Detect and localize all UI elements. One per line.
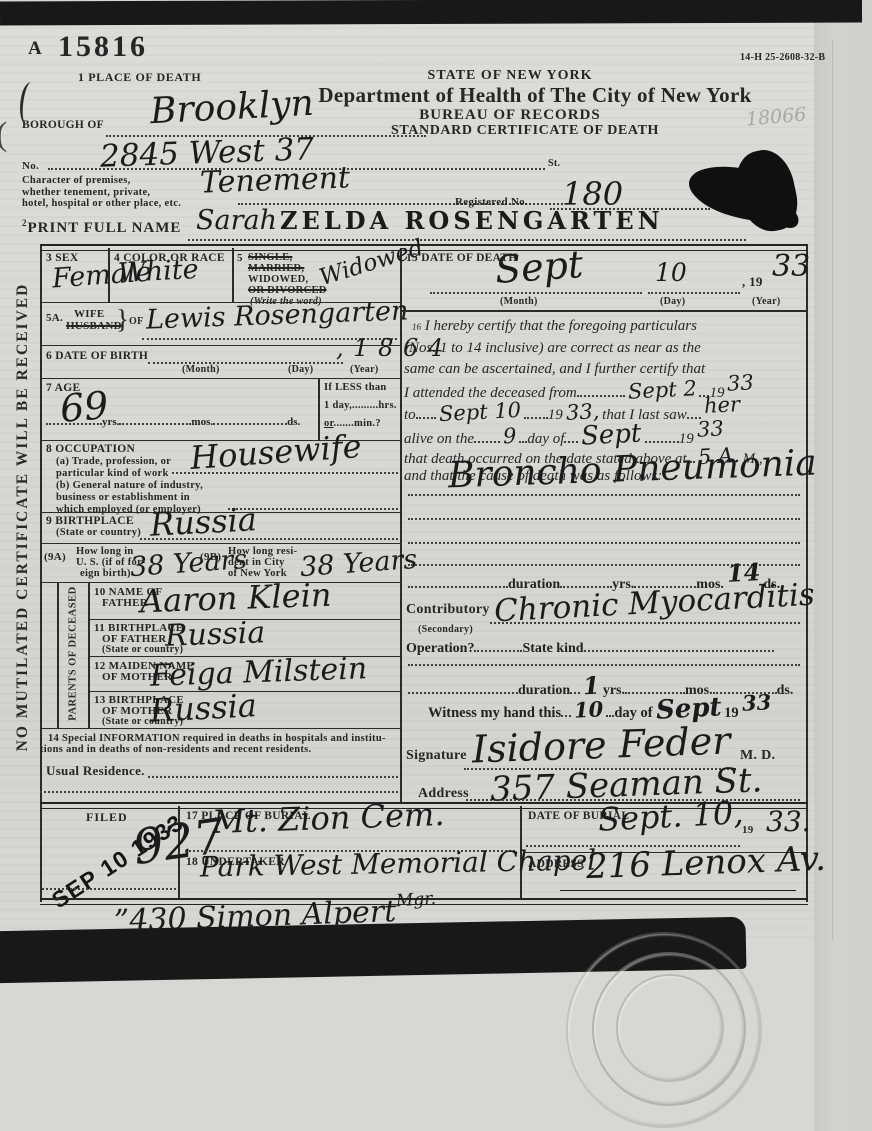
no-mutilated-note: NO MUTILATED CERTIFICATE WILL BE RECEIVE… (14, 246, 32, 788)
signature-value: Isidore Feder (471, 722, 731, 769)
spouse-husband-label: HUSBAND (66, 320, 122, 332)
date-of-burial-value: Sept. 10, (597, 796, 744, 836)
department-heading: Department of Health of The City of New … (292, 83, 778, 108)
age-mos-label: mos. (191, 416, 213, 428)
filed-label: FILED (86, 810, 128, 825)
street-no-label: No. (22, 160, 39, 172)
how-long-nyc-number: (9B) (200, 551, 221, 563)
undertaker-address-label: ADDRESS (528, 858, 584, 870)
occupation-a-label-1: (a) Trade, profession, or (56, 456, 171, 467)
spouse-wife-label: WIFE (74, 308, 105, 320)
full-name-first: Sarah (196, 207, 277, 234)
special-info-line1: 14 Special INFORMATION required in death… (48, 733, 386, 744)
dod-day-sublabel: (Day) (660, 296, 685, 307)
certify-line-4: I attended the deceased from Sept 2 19 3… (404, 382, 804, 402)
certificate-number: 15816 (58, 30, 148, 64)
age-yrs-label: yrs. (102, 416, 119, 428)
alive-on-month: Sept (581, 424, 642, 445)
special-info-line2: tions and in deaths of non-residents and… (40, 744, 311, 755)
marital-option-divorced: OR DIVORCED (248, 285, 327, 296)
embossed-seal-inner-ring (616, 974, 724, 1082)
state-heading: STATE OF NEW YORK (380, 68, 640, 84)
pencil-number: 18066 (745, 105, 807, 129)
birthplace-value: Russia (149, 503, 257, 541)
certify-line-3: same can be ascertained, and I further c… (404, 361, 705, 378)
fold-crease (832, 40, 835, 940)
print-full-name-label: 2PRINT FULL NAME (22, 218, 181, 237)
mother-birthplace-value: Russia (149, 689, 257, 727)
alive-on-year: 33 (696, 421, 723, 437)
witness-month: Sept (655, 698, 721, 720)
signature-label: Signature (406, 748, 467, 764)
date-of-death-day: 10 (655, 260, 687, 285)
spouse-of-label: OF (129, 316, 144, 327)
father-birthplace-value: Russia (165, 618, 266, 651)
contributory-label: Contributory (406, 602, 490, 618)
undertaker-address-value: 216 Lenox Av. (585, 842, 826, 884)
less-than-hrs-label: 1 day,.........hrs. (324, 400, 397, 411)
date-of-death-month: Sept (494, 245, 585, 289)
if-less-than-label: If LESS than (324, 382, 387, 393)
how-long-us-label-1: How long in (76, 546, 134, 557)
stray-paren-mark: ( (0, 116, 7, 154)
attended-from-year: 33 (727, 375, 754, 391)
duration2-label: duration (518, 683, 570, 699)
marital-option-widowed: WIDOWED, (248, 274, 308, 285)
premises-label-line3: hotel, hospital or other place, etc. (22, 198, 181, 209)
attended-from-date: Sept 2 (627, 381, 696, 399)
dob-label: 6 DATE OF BIRTH (46, 350, 148, 362)
borough-value: Brooklyn (149, 86, 315, 131)
witness-label: Witness my hand this (428, 705, 561, 722)
marital-field-number: 5 (237, 252, 243, 264)
dob-month-sublabel: (Month) (182, 364, 220, 375)
spouse-brace: } (116, 304, 129, 335)
date-of-death-year: 33 (772, 252, 810, 282)
marital-option-married: MARRIED, (248, 263, 304, 274)
operation-question-label: Operation? (406, 641, 474, 657)
witness-day-of-label: day of (614, 705, 652, 722)
birthplace-sublabel: (State or country) (56, 527, 141, 538)
how-long-us-number: (9A) (44, 551, 66, 563)
form-code: 14-H 25-2608-32-B (740, 52, 825, 63)
last-saw-pronoun: her (703, 397, 740, 414)
duration2-years-value: 1 (583, 678, 601, 696)
burial-year-prefix: 19 (742, 824, 754, 836)
occupation-label: 8 OCCUPATION (46, 443, 135, 455)
birthplace-label: 9 BIRTHPLACE (46, 515, 134, 527)
dod-year-sublabel: (Year) (752, 296, 780, 307)
bureau-heading: BUREAU OF RECORDS (380, 107, 640, 124)
attended-to-year: 33, (565, 404, 599, 420)
mother-maiden-name-value: Feiga Milstein (150, 654, 368, 692)
scan-right-margin (814, 0, 872, 1131)
certificate-prefix: A (28, 38, 42, 60)
premises-label-line1: Character of premises, (22, 175, 131, 186)
how-long-nyc-label-2: dent in City (228, 557, 285, 568)
burial-year-value: 33. (766, 808, 811, 836)
date-of-death-year-prefix: , 19 (742, 274, 763, 290)
parents-of-deceased-label: PARENTS OF DECEASED (68, 581, 79, 727)
occupation-a-label-2: particular kind of work (56, 468, 169, 479)
death-certificate-scan: A 15816 14-H 25-2608-32-B 1 PLACE OF DEA… (0, 0, 872, 1131)
dob-day-sublabel: (Day) (288, 364, 313, 375)
undertaker-manager-suffix: Mgr. (395, 891, 436, 911)
usual-residence-label: Usual Residence. (46, 763, 145, 779)
occupation-b-label-1: (b) General nature of industry, (56, 480, 203, 491)
age-ds-label: ds. (287, 416, 300, 428)
alive-on-day: 9 (503, 429, 517, 444)
attended-to-date: Sept 10 (438, 403, 521, 422)
premises-label-line2: whether tenement, private, (22, 187, 150, 198)
street-suffix-label: St. (548, 158, 560, 169)
father-name-value: Aaron Klein (139, 579, 331, 618)
how-long-nyc-label-1: How long resi- (228, 546, 297, 557)
dob-year-sublabel: (Year) (350, 364, 378, 375)
spouse-field-number: 5A. (46, 312, 63, 324)
how-long-us-label-3: eign birth) (80, 568, 131, 579)
section-1-place-of-death-label: 1 PLACE OF DEATH (78, 70, 201, 85)
certify-line-1: 16 I hereby certify that the foregoing p… (412, 318, 697, 335)
place-of-burial-value: Mt. Zion Cem. (212, 798, 445, 838)
full-name-rest: Zelda Rosengarten (280, 209, 664, 233)
duration2-ds: ds. (777, 683, 794, 699)
operation-state-kind-label: State kind (522, 641, 583, 657)
dod-month-sublabel: (Month) (500, 296, 538, 307)
premises-value: Tenement (200, 163, 351, 198)
top-black-bar (0, 0, 862, 26)
duration2-yrs: yrs. (603, 683, 625, 699)
race-value: White (117, 256, 199, 287)
contributory-secondary-sublabel: (Secondary) (418, 624, 473, 635)
occupation-b-label-2: business or establishment in (56, 492, 190, 503)
witness-day: 10 (574, 702, 604, 718)
marital-option-single: SINGLE, (248, 252, 292, 263)
witness-year: 33 (741, 695, 771, 711)
certify-line-2: (Nos. 1 to 14 inclusive) are correct as … (404, 340, 701, 357)
